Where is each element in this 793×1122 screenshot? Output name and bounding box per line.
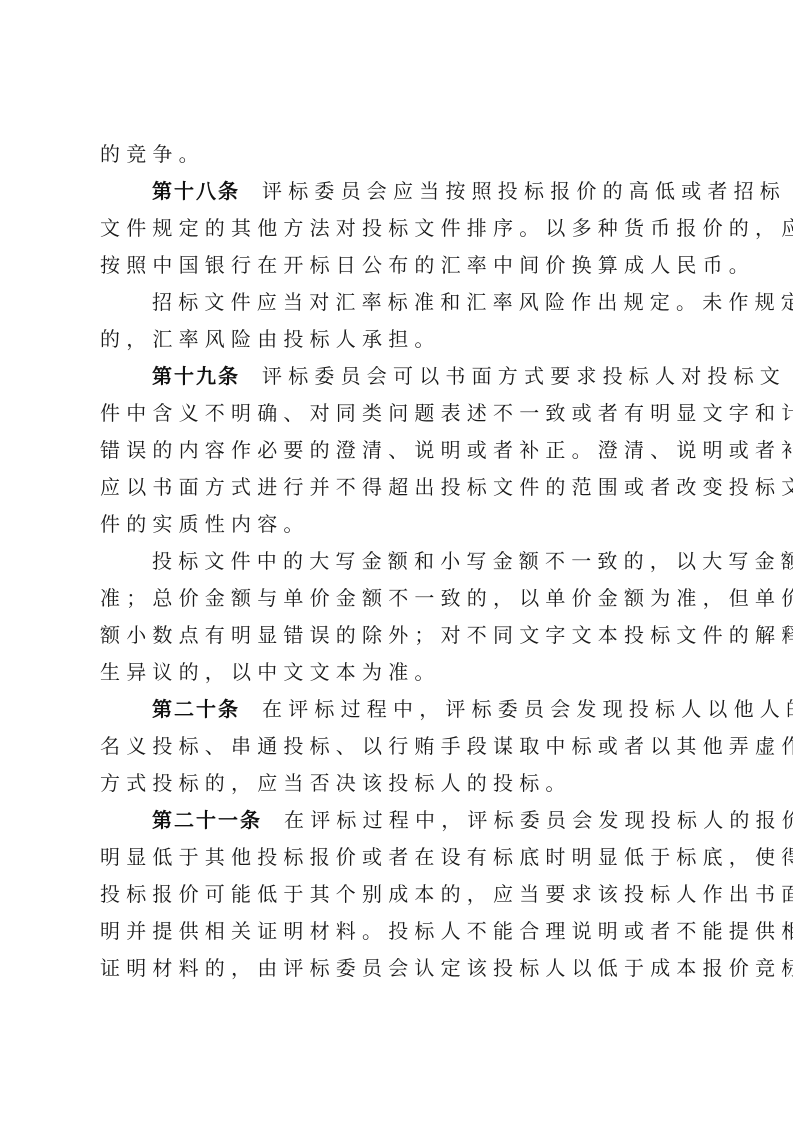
paragraph-continuation: 的竞争。 — [100, 136, 700, 173]
text-line: 按照中国银行在开标日公布的汇率中间价换算成人民币。 — [100, 247, 700, 284]
article-heading: 第二十条 — [152, 697, 240, 721]
text-line: 投标文件中的大写金额和小写金额不一致的，以大写金额为 — [100, 543, 700, 580]
text-run: 评标委员会可以书面方式要求投标人对投标文 — [262, 364, 786, 388]
article-heading: 第十八条 — [152, 179, 240, 203]
document-page: 的竞争。 第十八条评标委员会应当按照投标报价的高低或者招标 文件规定的其他方法对… — [100, 136, 700, 987]
text-run: 在评标过程中，评标委员会发现投标人的报价 — [284, 808, 793, 832]
text-line: 投标报价可能低于其个别成本的，应当要求该投标人作出书面说 — [100, 876, 700, 913]
text-line: 文件规定的其他方法对投标文件排序。以多种货币报价的，应当 — [100, 210, 700, 247]
text-line: 明并提供相关证明材料。投标人不能合理说明或者不能提供相关 — [100, 913, 700, 950]
text-line: 的，汇率风险由投标人承担。 — [100, 321, 700, 358]
text-line: 的竞争。 — [100, 136, 700, 173]
text-line: 第十九条评标委员会可以书面方式要求投标人对投标文 — [100, 358, 700, 395]
text-line: 方式投标的，应当否决该投标人的投标。 — [100, 765, 700, 802]
text-line: 生异议的，以中文文本为准。 — [100, 654, 700, 691]
text-line: 额小数点有明显错误的除外；对不同文字文本投标文件的解释发 — [100, 617, 700, 654]
article-heading: 第十九条 — [152, 364, 240, 388]
text-run: 在评标过程中，评标委员会发现投标人以他人的 — [262, 697, 793, 721]
paragraph-exchange-rate: 招标文件应当对汇率标准和汇率风险作出规定。未作规定 的，汇率风险由投标人承担。 — [100, 284, 700, 358]
paragraph-article-18: 第十八条评标委员会应当按照投标报价的高低或者招标 文件规定的其他方法对投标文件排… — [100, 173, 700, 284]
text-line: 错误的内容作必要的澄清、说明或者补正。澄清、说明或者补正 — [100, 432, 700, 469]
text-line: 第二十条在评标过程中，评标委员会发现投标人以他人的 — [100, 691, 700, 728]
text-line: 第二十一条在评标过程中，评标委员会发现投标人的报价 — [100, 802, 700, 839]
paragraph-article-19: 第十九条评标委员会可以书面方式要求投标人对投标文 件中含义不明确、对同类问题表述… — [100, 358, 700, 543]
text-line: 准；总价金额与单价金额不一致的，以单价金额为准，但单价金 — [100, 580, 700, 617]
paragraph-article-21: 第二十一条在评标过程中，评标委员会发现投标人的报价 明显低于其他投标报价或者在设… — [100, 802, 700, 987]
text-line: 招标文件应当对汇率标准和汇率风险作出规定。未作规定 — [100, 284, 700, 321]
text-line: 件的实质性内容。 — [100, 506, 700, 543]
text-run: 评标委员会应当按照投标报价的高低或者招标 — [262, 179, 786, 203]
text-line: 明显低于其他投标报价或者在设有标底时明显低于标底，使得其 — [100, 839, 700, 876]
article-heading: 第二十一条 — [152, 808, 262, 832]
text-line: 件中含义不明确、对同类问题表述不一致或者有明显文字和计算 — [100, 395, 700, 432]
text-line: 名义投标、串通投标、以行贿手段谋取中标或者以其他弄虚作假 — [100, 728, 700, 765]
text-line: 证明材料的，由评标委员会认定该投标人以低于成本报价竞标， — [100, 950, 700, 987]
paragraph-article-20: 第二十条在评标过程中，评标委员会发现投标人以他人的 名义投标、串通投标、以行贿手… — [100, 691, 700, 802]
text-line: 第十八条评标委员会应当按照投标报价的高低或者招标 — [100, 173, 700, 210]
paragraph-amount-discrepancy: 投标文件中的大写金额和小写金额不一致的，以大写金额为 准；总价金额与单价金额不一… — [100, 543, 700, 691]
text-line: 应以书面方式进行并不得超出投标文件的范围或者改变投标文 — [100, 469, 700, 506]
